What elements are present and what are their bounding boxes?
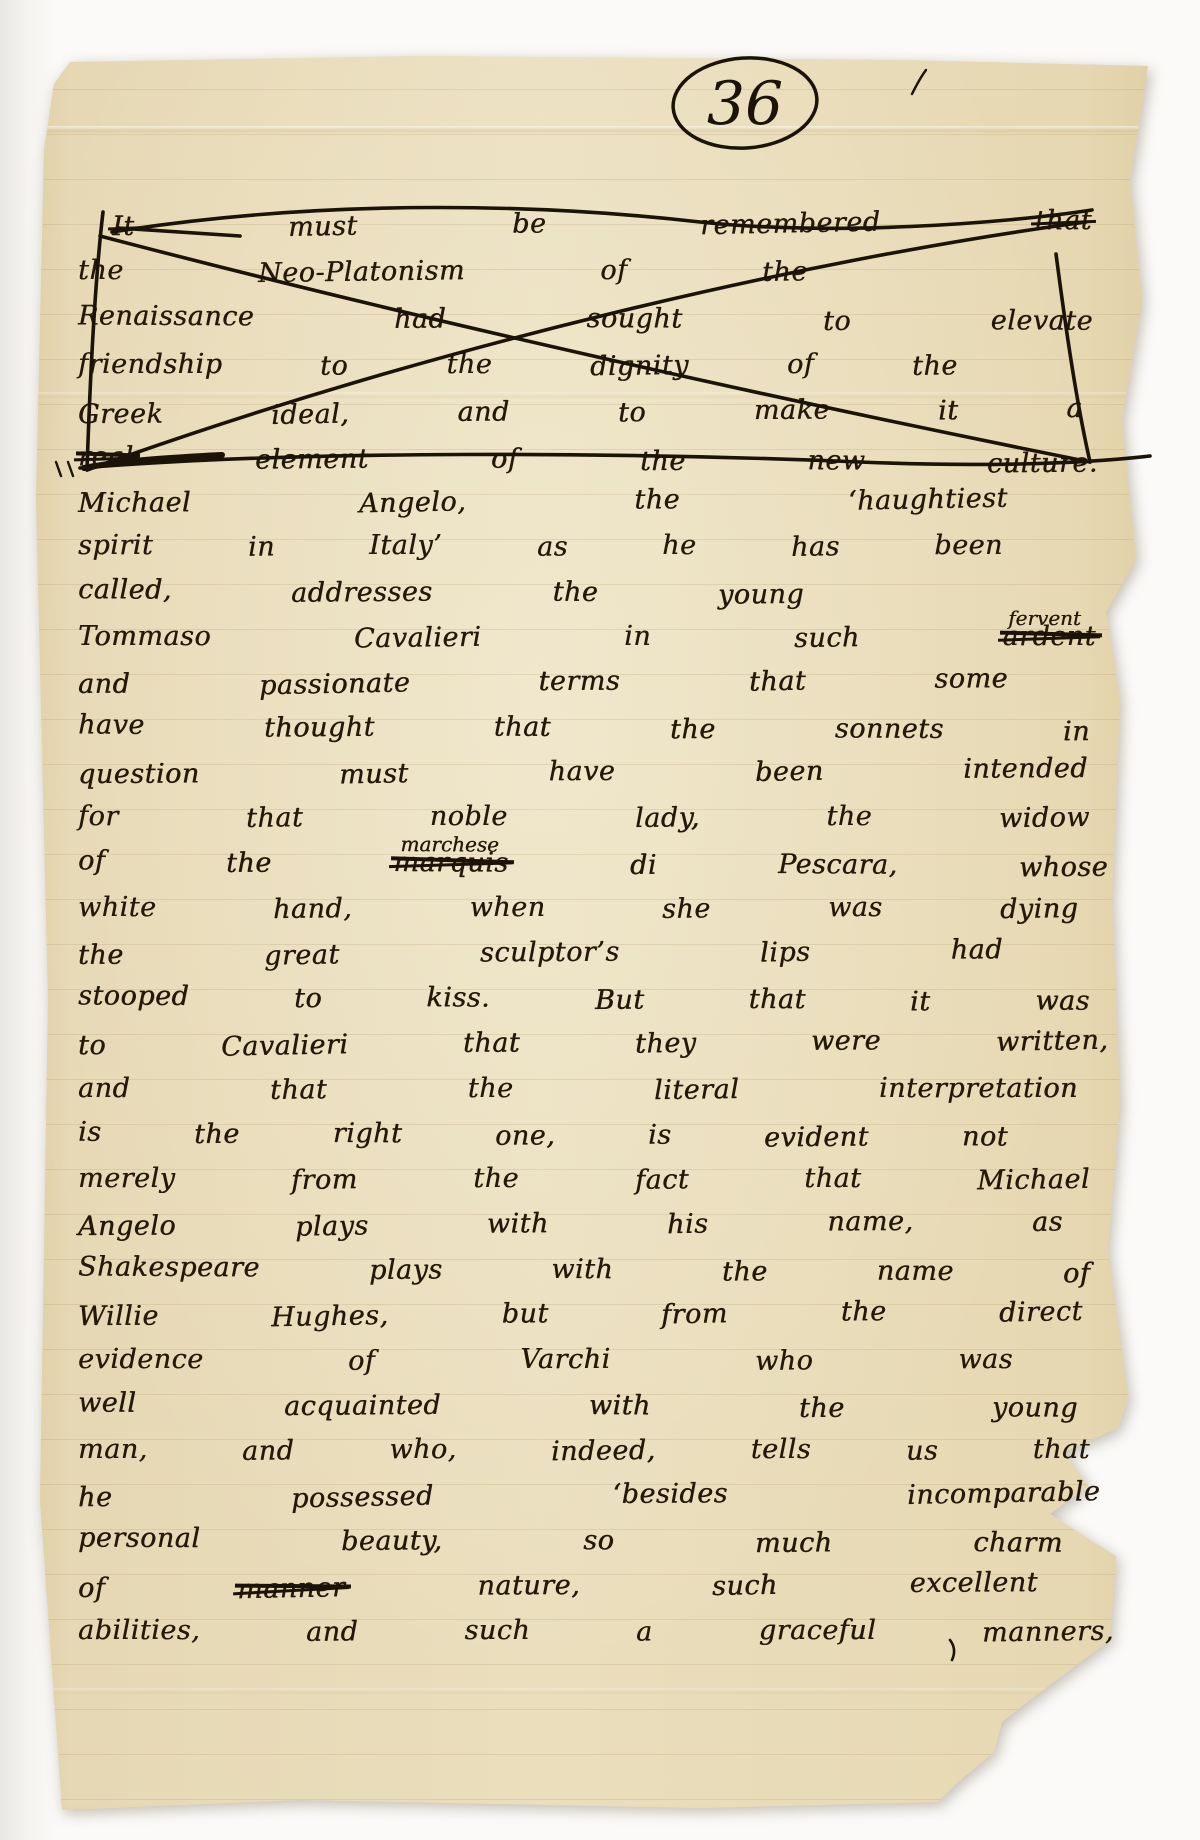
word: was <box>828 892 883 923</box>
word: when <box>470 892 546 923</box>
word: had <box>951 934 1003 965</box>
word: element <box>255 444 369 476</box>
word: Shakespeare <box>78 1252 260 1284</box>
word: dignity <box>590 350 689 382</box>
word: interpretation <box>879 1073 1078 1104</box>
word: and <box>78 668 130 699</box>
manuscript-line: friendshiptothedignityofthe <box>78 341 958 388</box>
paper-crease <box>0 1688 1200 1695</box>
manuscript-line: MichaelAngelo,the‘haughtiest <box>78 475 1008 526</box>
word: the <box>912 350 958 382</box>
manuscript-line: andpassionatetermsthatsome <box>78 656 1008 707</box>
corner-fold <box>0 0 90 95</box>
word: graceful <box>759 1615 876 1646</box>
word: a <box>1066 393 1083 424</box>
word: of <box>78 1572 105 1603</box>
word: fact <box>634 1164 688 1196</box>
manuscript-line: evidenceofVarchiwhowas <box>78 1337 1013 1382</box>
manuscript-line: abilities,andsuchagracefulmanners, <box>78 1608 1114 1653</box>
word: evidence <box>78 1344 204 1375</box>
word: ideal, <box>271 398 350 431</box>
inserted-word: marchese <box>400 832 499 857</box>
word: written, <box>995 1025 1108 1058</box>
word: that <box>270 1074 328 1106</box>
word: who <box>755 1345 814 1377</box>
manuscript-body: MichaelAngelo,the‘haughtiestspiritinItal… <box>78 478 1114 1653</box>
word: plays <box>294 1210 368 1242</box>
word: the <box>841 1297 887 1328</box>
word: the <box>194 1118 240 1149</box>
word: Pescara, <box>778 849 898 881</box>
word: that <box>494 712 551 743</box>
word: thought <box>264 712 375 744</box>
manuscript-line: TommasoCavalieriinsuchardentfervent <box>78 614 1096 659</box>
word: with <box>551 1254 613 1285</box>
word: to <box>294 983 322 1014</box>
word: evident <box>764 1121 869 1153</box>
word: spirit <box>78 530 153 561</box>
manuscript-line: toCavalierithattheywerewritten, <box>78 1017 1108 1068</box>
word: dying <box>999 893 1078 925</box>
word: new <box>807 445 865 476</box>
manuscript-line: Shakespeareplayswiththenameof <box>78 1245 1090 1295</box>
word: passionate <box>258 667 410 701</box>
word: is <box>648 1119 672 1150</box>
manuscript-line: Greekideal,andtomakeita <box>78 385 1083 438</box>
word: tells <box>751 1434 811 1465</box>
struck-word: manner <box>237 1572 346 1605</box>
word: Italy’ <box>369 530 442 561</box>
word: hand, <box>273 893 353 925</box>
word: must <box>288 211 358 243</box>
word: the <box>553 577 599 608</box>
word: that <box>1033 1434 1090 1465</box>
word: Tommaso <box>78 621 211 652</box>
word: personal <box>78 1523 201 1555</box>
manuscript-line: Renaissancehadsoughttoelevate <box>78 292 1093 344</box>
word: the <box>762 256 808 288</box>
word: not <box>962 1121 1008 1152</box>
word: name, <box>827 1206 913 1238</box>
word: Varchi <box>520 1344 610 1375</box>
word: Angelo <box>78 1211 176 1243</box>
word: friendship <box>78 349 222 380</box>
word: in <box>624 621 651 652</box>
manuscript-line: wellacquaintedwiththeyoung <box>78 1380 1078 1430</box>
word: was <box>958 1344 1013 1375</box>
manuscript-line: questionmusthavebeenintended <box>78 746 1088 797</box>
word: that <box>245 803 303 835</box>
word: that <box>804 1163 861 1194</box>
word: some <box>934 663 1008 694</box>
word: have <box>548 756 615 787</box>
word: been <box>755 756 824 788</box>
word: much <box>755 1528 833 1560</box>
word: incomparable <box>906 1476 1100 1511</box>
word: name <box>877 1256 954 1287</box>
struck-word: It <box>112 211 135 242</box>
struck-word: real <box>78 441 134 472</box>
word: young <box>992 1392 1078 1423</box>
word: Michael <box>977 1164 1090 1197</box>
paper-crease <box>0 126 1200 133</box>
word: question <box>78 759 200 791</box>
manuscript-line: spiritinItaly’ashehasbeen <box>78 523 1003 568</box>
word: who, <box>389 1434 456 1465</box>
word: it <box>938 395 959 426</box>
word: plays <box>369 1255 443 1287</box>
word: of <box>787 349 814 380</box>
word: the <box>826 801 872 832</box>
word: had <box>394 303 447 334</box>
word: indeed, <box>551 1435 656 1467</box>
word: acquainted <box>284 1390 441 1422</box>
word: the <box>473 1163 519 1194</box>
word: man, <box>78 1434 148 1465</box>
word: the <box>226 847 272 878</box>
word: one, <box>495 1120 555 1152</box>
word: charm <box>973 1528 1063 1559</box>
word: have <box>78 709 145 740</box>
word: intended <box>963 753 1088 785</box>
word: such <box>464 1615 530 1646</box>
word: his <box>667 1208 709 1240</box>
word: di <box>630 849 657 880</box>
crossed-out-paragraph: ItmustberememberedthattheNeo-Platonismof… <box>78 200 1098 482</box>
word: be <box>512 208 546 239</box>
manuscript-line: merelyfromthefactthatMichael <box>78 1156 1090 1201</box>
word: has <box>791 531 840 563</box>
word: noble <box>430 801 508 832</box>
word: sought <box>586 303 682 335</box>
word: Hughes, <box>271 1300 389 1333</box>
word: Angelo, <box>359 486 467 519</box>
word: that <box>748 665 806 697</box>
manuscript-line: thegreatsculptor’slipshad <box>78 927 1003 978</box>
word: of <box>1063 1258 1091 1289</box>
word: excellent <box>910 1567 1038 1599</box>
manuscript-line: Angeloplayswithhisname,as <box>78 1198 1063 1249</box>
word: but <box>502 1299 549 1330</box>
word: direct <box>999 1296 1083 1329</box>
word: and <box>242 1435 295 1467</box>
word: from <box>291 1164 358 1196</box>
manuscript-line: Itmustberememberedthat <box>112 197 1092 250</box>
word: nature, <box>477 1569 580 1601</box>
word: Renaissance <box>78 300 254 332</box>
word: in <box>247 532 274 563</box>
word: great <box>264 939 340 972</box>
word: he <box>78 1482 113 1513</box>
word: young <box>718 579 804 611</box>
word: Neo-Platonism <box>258 255 465 289</box>
word: as <box>536 532 567 563</box>
word: right <box>333 1118 403 1149</box>
word: was <box>1035 986 1090 1017</box>
word: lady, <box>634 802 699 834</box>
scanned-manuscript-page: ItmustberememberedthattheNeo-Platonismof… <box>0 0 1200 1840</box>
word: of <box>78 845 105 876</box>
word: called, <box>78 575 172 606</box>
word: that <box>463 1028 520 1059</box>
word: Greek <box>78 399 163 431</box>
word: whose <box>1019 851 1108 883</box>
word: of <box>600 255 627 286</box>
word: to <box>617 397 646 429</box>
word: ‘haughtiest <box>848 483 1008 517</box>
word: they <box>635 1028 697 1060</box>
word: that <box>749 984 806 1015</box>
manuscript-line: ofmannernature,suchexcellent <box>78 1560 1038 1611</box>
word: in <box>1063 716 1090 747</box>
word: to <box>320 350 349 381</box>
word: must <box>339 758 409 790</box>
word: been <box>934 530 1003 561</box>
word: kiss. <box>426 982 490 1013</box>
word: us <box>906 1435 939 1466</box>
word: Michael <box>78 487 191 519</box>
word: the <box>634 484 680 515</box>
word: sonnets <box>835 713 944 745</box>
struck-word: marquismarchese <box>393 847 508 879</box>
word: she <box>662 893 711 925</box>
word: for <box>78 801 119 832</box>
word: merely <box>78 1163 175 1194</box>
word: as <box>1032 1206 1064 1238</box>
manuscript-line: man,andwho,indeed,tellsusthat <box>78 1427 1090 1472</box>
word: were <box>811 1026 881 1057</box>
word: the <box>446 349 492 380</box>
word: is <box>78 1116 102 1147</box>
struck-word: that <box>1035 205 1092 236</box>
word: Willie <box>78 1301 159 1332</box>
manuscript-line: andthattheliteralinterpretation <box>78 1065 1078 1110</box>
word: But <box>594 985 644 1016</box>
word: widow <box>999 802 1090 834</box>
word: such <box>794 622 860 654</box>
word: well <box>78 1387 137 1418</box>
manuscript-line: theNeo-Platonismofthe <box>78 247 808 294</box>
word: to <box>822 306 850 337</box>
word: so <box>583 1525 614 1556</box>
word: ‘besides <box>612 1478 728 1510</box>
word: sculptor’s <box>480 936 620 968</box>
word: Cavalieri <box>221 1029 349 1063</box>
word: to <box>78 1030 106 1061</box>
word: literal <box>653 1073 739 1105</box>
word: the <box>78 255 124 286</box>
word: elevate <box>991 305 1093 337</box>
manuscript-line: havethoughtthatthesonnetsin <box>78 702 1090 752</box>
word: such <box>712 1569 778 1601</box>
word: manners, <box>982 1615 1114 1648</box>
word: from <box>661 1299 728 1331</box>
word: addresses <box>291 577 433 609</box>
word: the <box>798 1392 844 1423</box>
word: the <box>670 714 716 745</box>
word: and <box>78 1073 130 1104</box>
word: possessed <box>291 1481 434 1515</box>
word: with <box>487 1208 549 1239</box>
word: Cavalieri <box>354 621 482 654</box>
word: make <box>754 394 830 425</box>
word: stooped <box>78 981 189 1013</box>
manuscript-line: ofthemarquismarchesediPescara,whose <box>78 838 1108 889</box>
manuscript-line: WillieHughes,butfromthedirect <box>78 1288 1083 1339</box>
word: the <box>722 1256 768 1287</box>
manuscript-line: stoopedtokiss.Butthatitwas <box>78 973 1090 1023</box>
word: with <box>589 1390 651 1421</box>
inserted-word: fervent <box>1008 606 1081 630</box>
word: of <box>491 443 518 474</box>
struck-word: ardentfervent <box>1002 621 1096 652</box>
manuscript-line: forthatnoblelady,thewidow <box>78 794 1090 839</box>
word: the <box>78 940 124 971</box>
word: and <box>457 396 509 427</box>
word: the <box>468 1073 514 1104</box>
manuscript-line: whitehand,whenshewasdying <box>78 885 1078 930</box>
word: abilities, <box>78 1615 200 1646</box>
manuscript-line: personalbeauty,somuchcharm <box>78 1516 1063 1566</box>
word: it <box>910 986 931 1017</box>
word: white <box>78 892 156 923</box>
word: the <box>640 446 686 477</box>
word: of <box>348 1345 376 1376</box>
manuscript-line: hepossessed‘besidesincomparable <box>78 1469 1100 1520</box>
word: terms <box>538 665 620 696</box>
word: remembered <box>700 207 881 242</box>
word: lips <box>760 936 811 968</box>
word: beauty, <box>341 1526 443 1558</box>
word: a <box>636 1616 653 1647</box>
manuscript-line: istherightone,isevidentnot <box>78 1109 1008 1159</box>
word: he <box>662 530 696 561</box>
word: and <box>306 1616 359 1648</box>
manuscript-line: called,addressestheyoung <box>78 567 804 616</box>
